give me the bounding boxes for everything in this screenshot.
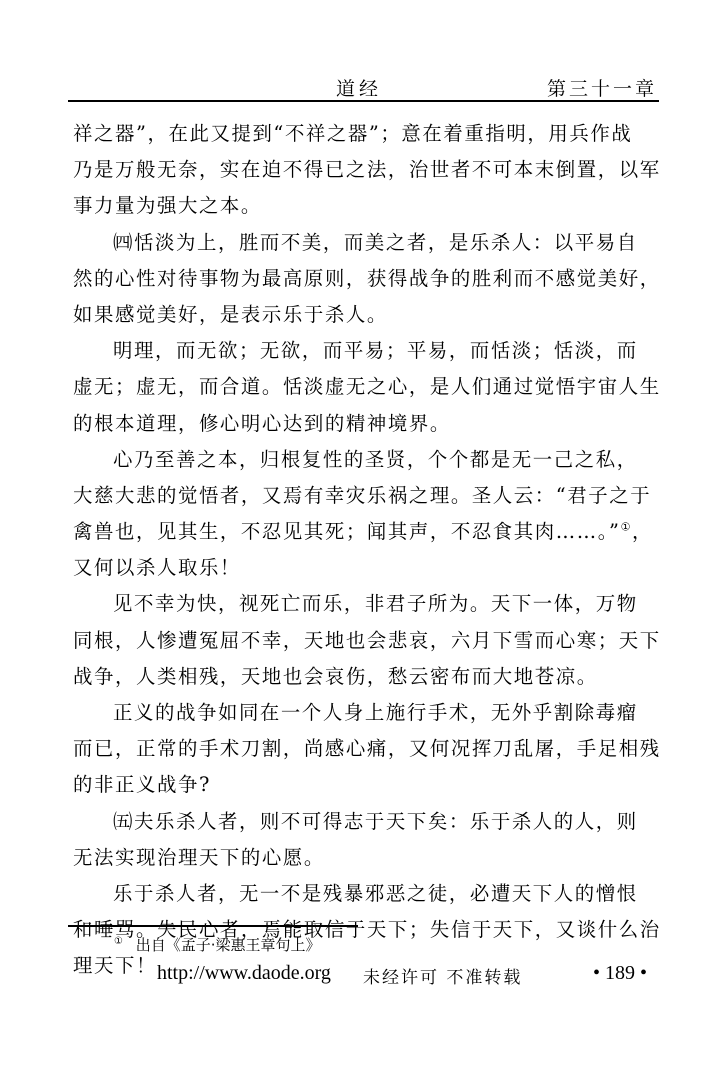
line-text: 战争，人类相残，天地也会哀伤，愁云密布而大地苍凉。: [73, 665, 598, 688]
line-text: 正义的战争如同在一个人身上施行手术，无外乎割除毒瘤: [113, 701, 638, 724]
text-line: 明理，而无欲；无欲，而平易；平易，而恬淡；恬淡，而: [73, 333, 659, 369]
line-text: 禽兽也，见其生，不忍见其死；闻其声，不忍食其肉……。”: [73, 520, 621, 543]
line-text: 祥之器”，在此又提到“不祥之器”；意在着重指明，用兵作战: [73, 122, 632, 145]
book-page: 道经 第三十一章 祥之器”，在此又提到“不祥之器”；意在着重指明，用兵作战乃是万…: [0, 0, 709, 1077]
text-line: 无法实现治理天下的心愿。: [73, 840, 659, 876]
line-text-tail: ，: [632, 520, 653, 543]
line-text: 乃是万般无奈，实在迫不得已之法，治世者不可本末倒置，以军: [73, 158, 661, 181]
line-text: 理天下！: [73, 954, 157, 977]
line-text: 又何以杀人取乐！: [73, 556, 241, 579]
text-line: 乐于杀人者，无一不是残暴邪恶之徒，必遭天下人的憎恨: [73, 876, 659, 912]
line-text: 明理，而无欲；无欲，而平易；平易，而恬淡；恬淡，而: [113, 339, 638, 362]
line-text: 见不幸为快，视死亡而乐，非君子所为。天下一体，万物: [113, 592, 638, 615]
text-line: 然的心性对待事物为最高原则，获得战争的胜利而不感觉美好，: [73, 261, 659, 297]
body-text: 祥之器”，在此又提到“不祥之器”；意在着重指明，用兵作战乃是万般无奈，实在迫不得…: [73, 116, 659, 985]
text-line: 大慈大悲的觉悟者，又焉有幸灾乐祸之理。圣人云：“君子之于: [73, 478, 659, 514]
text-line: 祥之器”，在此又提到“不祥之器”；意在着重指明，用兵作战: [73, 116, 659, 152]
running-header: 道经 第三十一章: [68, 72, 659, 100]
text-line: 的根本道理，修心明心达到的精神境界。: [73, 406, 659, 442]
footnote-rule: [68, 925, 358, 927]
line-text: 然的心性对待事物为最高原则，获得战争的胜利而不感觉美好，: [73, 267, 661, 290]
text-line: 乃是万般无奈，实在迫不得已之法，治世者不可本末倒置，以军: [73, 152, 659, 188]
text-line: 心乃至善之本，归根复性的圣贤，个个都是无一己之私，: [73, 442, 659, 478]
line-text: 的根本道理，修心明心达到的精神境界。: [73, 412, 451, 435]
header-rule: [68, 100, 659, 102]
line-text: 大慈大悲的觉悟者，又焉有幸灾乐祸之理。圣人云：“君子之于: [73, 484, 651, 507]
line-text: 乐于杀人者，无一不是残暴邪恶之徒，必遭天下人的憎恨: [113, 882, 638, 905]
text-line: ㈣恬淡为上，胜而不美，而美之者，是乐杀人：以平易自: [73, 225, 659, 261]
copyright-notice: 未经许可 不准转载: [363, 963, 522, 988]
page-footer: http://www.daode.org 未经许可 不准转载 • 189 •: [157, 962, 657, 988]
book-title: 道经: [336, 74, 382, 101]
text-line: 战争，人类相残，天地也会哀伤，愁云密布而大地苍凉。: [73, 659, 659, 695]
line-text: ㈣恬淡为上，胜而不美，而美之者，是乐杀人：以平易自: [113, 231, 638, 254]
footer-url: http://www.daode.org: [157, 962, 331, 985]
footnote: ① 出自《孟子·梁惠王章句上》: [114, 934, 321, 955]
footnote-reference[interactable]: ①: [621, 521, 632, 534]
chapter-title: 第三十一章: [547, 74, 657, 101]
text-line: 的非正义战争?: [73, 767, 659, 803]
page-number: • 189 •: [593, 962, 647, 985]
text-line: 正义的战争如同在一个人身上施行手术，无外乎割除毒瘤: [73, 695, 659, 731]
text-line: 禽兽也，见其生，不忍见其死；闻其声，不忍食其肉……。”①，: [73, 514, 659, 550]
text-line: 又何以杀人取乐！: [73, 550, 659, 586]
footnote-number: ①: [114, 936, 123, 947]
line-text: 同根，人惨遭冤屈不幸，天地也会悲哀，六月下雪而心寒；天下: [73, 629, 661, 652]
line-text: 事力量为强大之本。: [73, 194, 262, 217]
line-text: 虚无；虚无，而合道。恬淡虚无之心，是人们通过觉悟宇宙人生: [73, 375, 661, 398]
footnote-text: 出自《孟子·梁惠王章句上》: [136, 936, 321, 954]
text-line: 而已，正常的手术刀割，尚感心痛，又何况挥刀乱屠，手足相残: [73, 731, 659, 767]
text-line: 如果感觉美好，是表示乐于杀人。: [73, 297, 659, 333]
line-text: 而已，正常的手术刀割，尚感心痛，又何况挥刀乱屠，手足相残: [73, 737, 661, 760]
line-text: 无法实现治理天下的心愿。: [73, 846, 325, 869]
line-text: ㈤夫乐杀人者，则不可得志于天下矣：乐于杀人的人，则: [113, 810, 638, 833]
text-line: 同根，人惨遭冤屈不幸，天地也会悲哀，六月下雪而心寒；天下: [73, 623, 659, 659]
text-line: ㈤夫乐杀人者，则不可得志于天下矣：乐于杀人的人，则: [73, 804, 659, 840]
text-line: 虚无；虚无，而合道。恬淡虚无之心，是人们通过觉悟宇宙人生: [73, 369, 659, 405]
line-text: 的非正义战争?: [73, 773, 211, 796]
text-line: 事力量为强大之本。: [73, 188, 659, 224]
line-text: 心乃至善之本，归根复性的圣贤，个个都是无一己之私，: [113, 448, 638, 471]
text-line: 见不幸为快，视死亡而乐，非君子所为。天下一体，万物: [73, 586, 659, 622]
line-text: 如果感觉美好，是表示乐于杀人。: [73, 303, 388, 326]
